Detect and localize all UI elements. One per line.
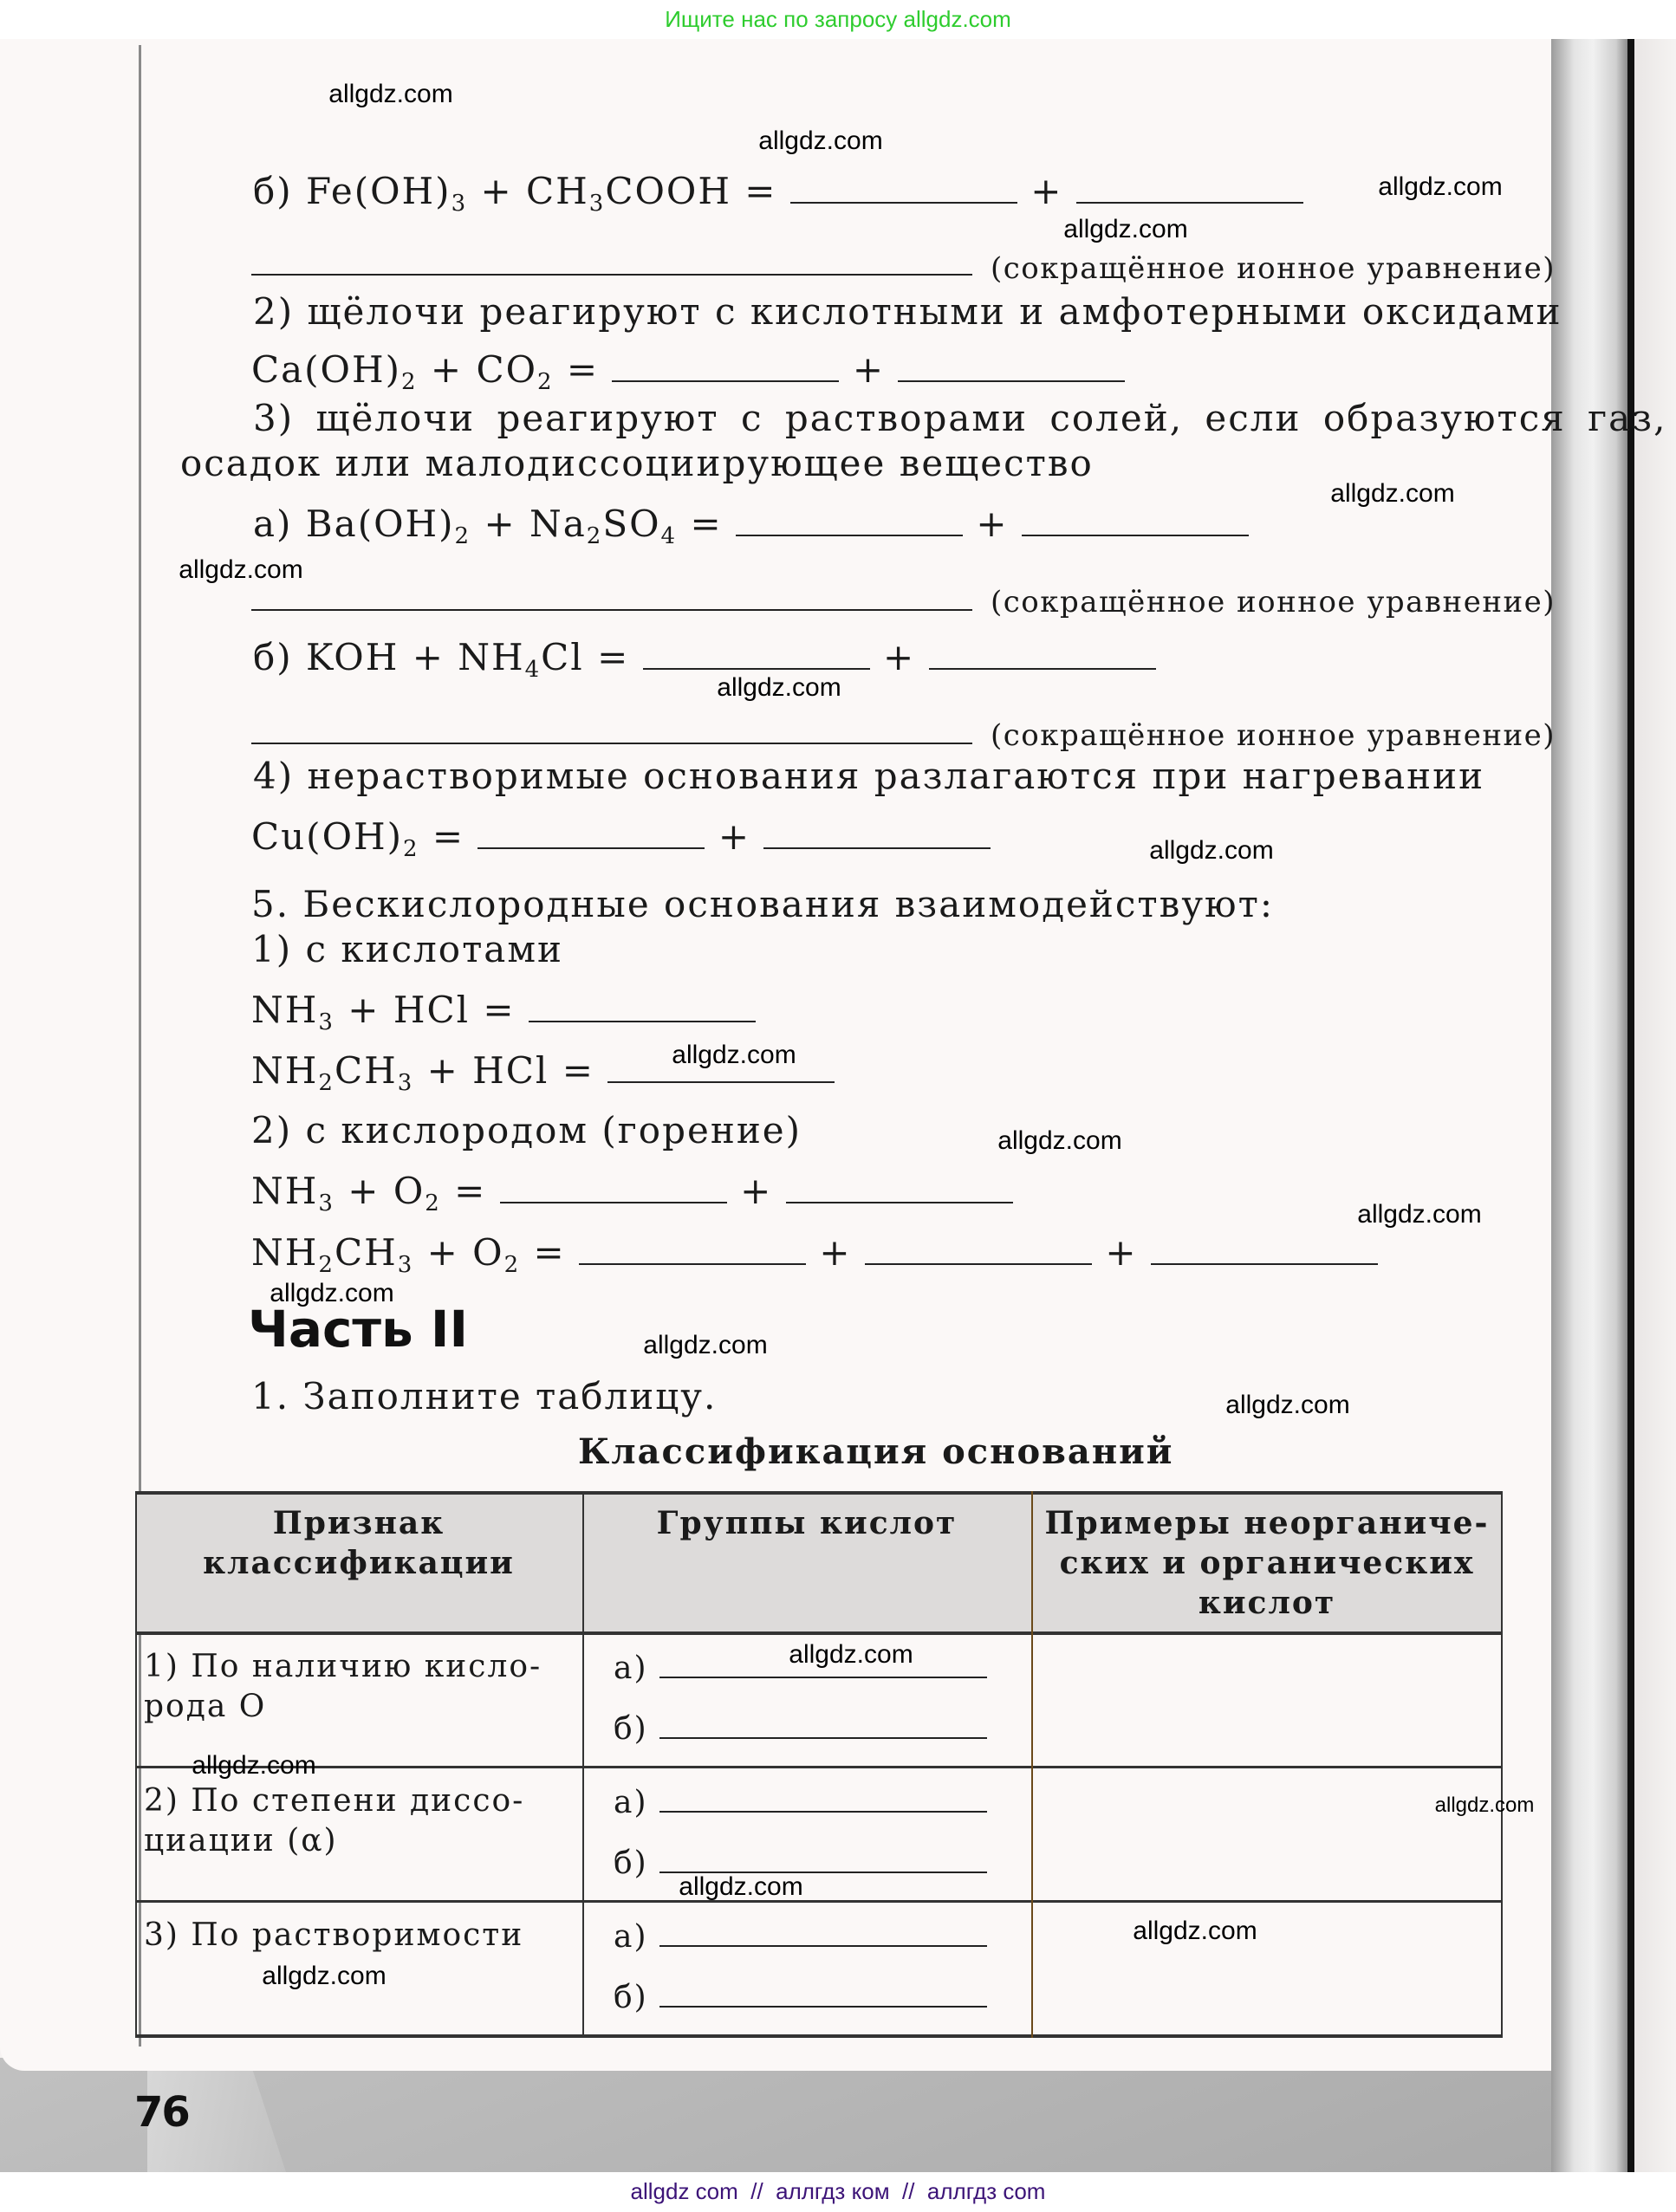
ionic-note: (сокращённое ионное уравнение) <box>991 247 1556 290</box>
watermark: allgdz.com <box>717 673 841 703</box>
answer-blank[interactable] <box>659 1988 987 2008</box>
answer-blank[interactable] <box>659 1720 987 1739</box>
answer-blank[interactable] <box>529 996 756 1022</box>
footer-text[interactable]: allgdz com // аллгдз ком // аллгдз com <box>631 2178 1046 2204</box>
answer-blank[interactable] <box>763 823 991 849</box>
answer-blank[interactable] <box>477 823 705 849</box>
answer-blank[interactable] <box>659 1854 987 1873</box>
part-2-heading: Часть II <box>248 1300 468 1359</box>
item-3-line2: осадок или малодиссоциирующее вещество <box>180 442 1094 485</box>
equation-cu-oh2: Cu(OH)2 = + <box>251 815 991 859</box>
watermark: allgdz.com <box>262 1962 386 1991</box>
watermark: allgdz.com <box>758 126 882 156</box>
classification-table: Признак классификации Группы кислот Прим… <box>135 1491 1503 2038</box>
table-rule <box>135 2034 1503 2038</box>
item-3-line1: 3) щёлочи реагируют с растворами солей, … <box>253 397 1666 440</box>
next-page-edge <box>1634 39 1676 2172</box>
ionic-note: (сокращённое ионное уравнение) <box>991 714 1556 757</box>
answer-blank[interactable] <box>929 644 1156 670</box>
ionic-answer-line[interactable] <box>251 609 972 611</box>
answer-blank[interactable] <box>659 1794 987 1813</box>
watermark: allgdz.com <box>1225 1391 1349 1420</box>
row-criterion: 3) По растворимости <box>144 1916 523 1956</box>
watermark: allgdz.com <box>643 1331 767 1360</box>
watermark: allgdz.com <box>179 555 302 585</box>
header-groups: Группы кислот <box>582 1503 1031 1543</box>
answer-blank[interactable] <box>1076 178 1303 204</box>
banner-text[interactable]: Ищите нас по запросу allgdz.com <box>665 6 1011 32</box>
answer-blank[interactable] <box>579 1239 806 1265</box>
row-groups: а) б) <box>614 1783 987 1884</box>
ionic-answer-line[interactable] <box>251 743 972 744</box>
equation-koh: б) KOH + NH4Cl = + <box>253 636 1156 679</box>
book-spine <box>1551 39 1627 2172</box>
footer-banner: allgdz com // аллгдз ком // аллгдз com <box>0 2172 1676 2212</box>
table-rule <box>135 1631 1503 1635</box>
top-banner: Ищите нас по запросу allgdz.com <box>0 0 1676 39</box>
watermark: allgdz.com <box>672 1041 796 1070</box>
spine-shadow <box>1627 39 1634 2172</box>
answer-blank[interactable] <box>1151 1239 1378 1265</box>
answer-blank[interactable] <box>643 644 870 670</box>
page-number: 76 <box>134 2088 189 2137</box>
equation-ba-oh2: а) Ba(OH)2 + Na2SO4 = + <box>253 503 1249 546</box>
answer-blank[interactable] <box>659 1928 987 1947</box>
row-groups: а) б) <box>614 1917 987 2018</box>
ionic-answer-line[interactable] <box>251 274 972 276</box>
table-rule <box>582 1491 584 2038</box>
watermark: allgdz.com <box>1063 215 1187 244</box>
task-1-text: 1. Заполните таблицу. <box>251 1375 717 1418</box>
header-criterion: Признак классификации <box>135 1503 582 1583</box>
equation-ca-oh2: Ca(OH)2 + CO2 = + <box>251 348 1125 392</box>
answer-blank[interactable] <box>1022 510 1249 536</box>
row-criterion: 1) По наличию кисло- рода О <box>144 1647 542 1727</box>
watermark: allgdz.com <box>789 1640 913 1670</box>
watermark: allgdz.com <box>1133 1917 1257 1946</box>
answer-blank[interactable] <box>612 356 839 382</box>
ionic-note: (сокращённое ионное уравнение) <box>991 581 1556 624</box>
item-4-text: 4) нерастворимые основания разлагаются п… <box>253 755 1484 798</box>
equation-nh3-hcl: NH3 + HCl = <box>251 989 756 1032</box>
table-rule <box>135 1900 1503 1903</box>
equation-nh2ch3-o2: NH2CH3 + O2 = + + <box>251 1231 1378 1275</box>
row-criterion: 2) По степени диссо- циации (α) <box>144 1781 524 1861</box>
watermark: allgdz.com <box>1435 1794 1535 1818</box>
header-examples: Примеры неорганиче- ских и органических … <box>1031 1503 1503 1623</box>
watermark: allgdz.com <box>192 1751 315 1781</box>
answer-blank[interactable] <box>736 510 963 536</box>
watermark: allgdz.com <box>997 1126 1121 1156</box>
answer-blank[interactable] <box>898 356 1125 382</box>
answer-blank[interactable] <box>790 178 1017 204</box>
answer-blank[interactable] <box>500 1177 727 1203</box>
watermark: allgdz.com <box>1357 1200 1481 1229</box>
item-5-text: 5. Бескислородные основания взаимодейств… <box>251 883 1274 926</box>
watermark: allgdz.com <box>679 1872 802 1902</box>
watermark: allgdz.com <box>328 80 452 109</box>
equation-nh3-o2: NH3 + O2 = + <box>251 1170 1013 1213</box>
watermark: allgdz.com <box>1149 836 1273 866</box>
equation-fe-oh3: б) Fe(OH)3 + CH3COOH = + <box>253 170 1303 213</box>
item-5-1-text: 1) с кислотами <box>251 928 563 971</box>
table-rule <box>135 1491 1503 1495</box>
item-2-text: 2) щёлочи реагируют с кислотными и амфот… <box>253 290 1562 334</box>
table-rule <box>135 1766 1503 1768</box>
watermark: allgdz.com <box>270 1279 393 1308</box>
answer-blank[interactable] <box>786 1177 1013 1203</box>
watermark: allgdz.com <box>1378 172 1502 202</box>
item-5-2-text: 2) с кислородом (горение) <box>251 1109 802 1152</box>
table-title: Классификация оснований <box>578 1431 1173 1472</box>
watermark: allgdz.com <box>1330 479 1454 509</box>
answer-blank[interactable] <box>865 1239 1092 1265</box>
